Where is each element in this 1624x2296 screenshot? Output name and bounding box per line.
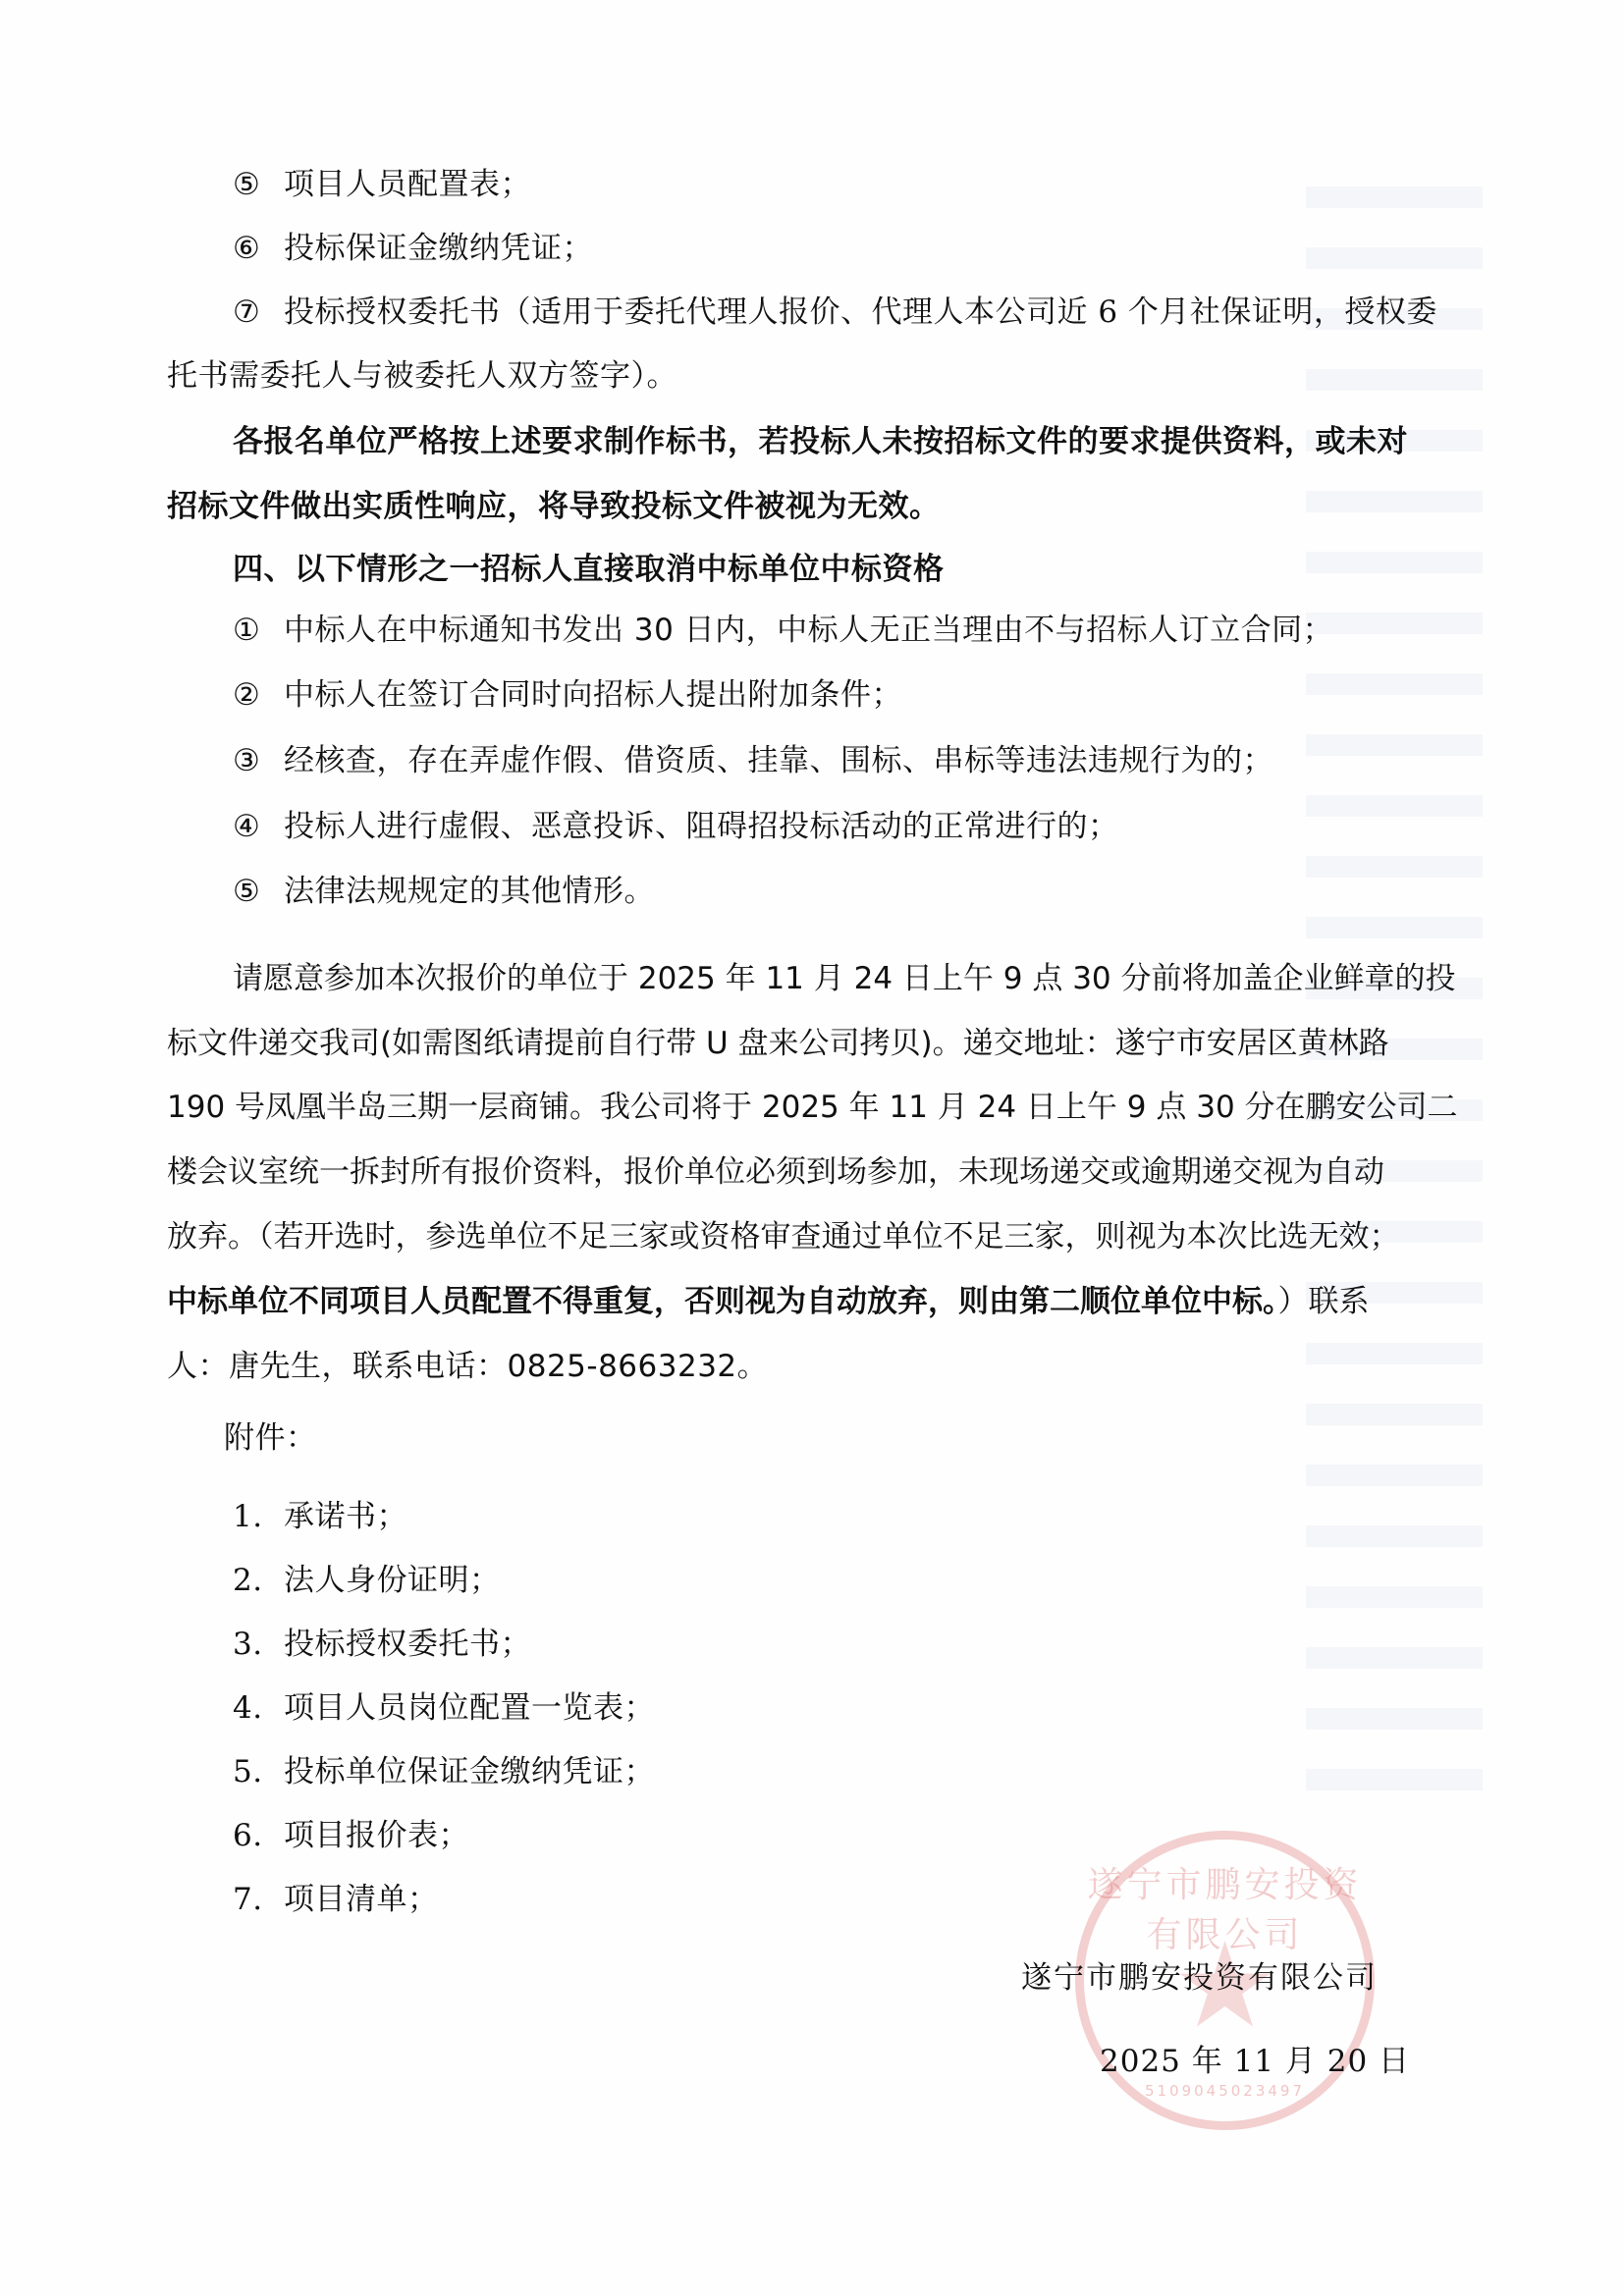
signature-date: 2025 年 11 月 20 日 (1100, 2042, 1410, 2081)
submission-line-1: 请愿意参加本次报价的单位于 2025 年 11 月 24 日上午 9 点 30 … (233, 959, 1456, 998)
seal-text: 遂宁市鹏安投资有限公司 (1084, 1857, 1366, 1957)
attachment-item-2: 2.法人身份证明； (233, 1561, 501, 1600)
submission-bold-clause: 中标单位不同项目人员配置不得重复，否则视为自动放弃，则由第二顺位单位中标。 (167, 1284, 1278, 1319)
requirement-item-7-continued: 托书需委托人与被委托人双方签字）。 (167, 356, 677, 396)
submission-line-4: 楼会议室统一拆封所有报价资料，报价单位必须到场参加，未现场递交或逾期递交视为自动 (167, 1152, 1384, 1192)
circled-number: ① (233, 611, 284, 650)
circled-number: ⑤ (233, 165, 284, 204)
attachment-item-5: 5.投标单位保证金缴纳凭证； (233, 1752, 655, 1791)
disqualify-item-2: ②中标人在签订合同时向招标人提出附加条件； (233, 675, 902, 715)
attachment-item-4: 4.项目人员岗位配置一览表； (233, 1688, 655, 1728)
signature-company: 遂宁市鹏安投资有限公司 (1021, 1958, 1378, 1998)
requirement-item-6: ⑥投标保证金缴纳凭证； (233, 229, 593, 268)
disqualify-item-3: ③经核查，存在弄虚作假、借资质、挂靠、围标、串标等违法违规行为的； (233, 741, 1273, 780)
disqualify-item-5: ⑤法律法规规定的其他情形。 (233, 872, 655, 911)
disqualify-item-4: ④投标人进行虚假、恶意投诉、阻碍招投标活动的正常进行的； (233, 807, 1119, 846)
submission-line-5: 放弃。（若开选时，参选单位不足三家或资格审查通过单位不足三家，则视为本次比选无效… (167, 1217, 1400, 1256)
requirement-item-7: ⑦投标授权委托书（适用于委托代理人报价、代理人本公司近 6 个月社保证明，授权委 (233, 293, 1437, 332)
circled-number: ② (233, 675, 284, 715)
attachment-item-3: 3.投标授权委托书； (233, 1625, 531, 1664)
notice-bold-line-1: 各报名单位严格按上述要求制作标书，若投标人未按招标文件的要求提供资料，或未对 (233, 422, 1408, 461)
seal-number: 5109045023497 (1084, 2082, 1366, 2100)
requirement-item-5: ⑤项目人员配置表； (233, 165, 531, 204)
circled-number: ④ (233, 807, 284, 846)
circled-number: ③ (233, 741, 284, 780)
circled-number: ⑦ (233, 293, 284, 332)
document-page: ⑤项目人员配置表； ⑥投标保证金缴纳凭证； ⑦投标授权委托书（适用于委托代理人报… (0, 0, 1624, 2296)
attachment-item-7: 7.项目清单； (233, 1880, 439, 1919)
attachments-label: 附件： (224, 1418, 317, 1458)
submission-line-3: 190 号凤凰半岛三期一层商铺。我公司将于 2025 年 11 月 24 日上午… (167, 1088, 1458, 1127)
section-4-heading: 四、以下情形之一招标人直接取消中标单位中标资格 (233, 550, 945, 589)
attachment-item-6: 6.项目报价表； (233, 1816, 469, 1855)
attachment-item-1: 1.承诺书； (233, 1497, 407, 1536)
notice-bold-line-2: 招标文件做出实质性响应，将导致投标文件被视为无效。 (167, 487, 941, 526)
disqualify-item-1: ①中标人在中标通知书发出 30 日内，中标人无正当理由不与招标人订立合同； (233, 611, 1333, 650)
circled-number: ⑥ (233, 229, 284, 268)
circled-number: ⑤ (233, 872, 284, 911)
contact-line: 人：唐先生，联系电话：0825-8663232。 (167, 1347, 768, 1386)
submission-line-6: 中标单位不同项目人员配置不得重复，否则视为自动放弃，则由第二顺位单位中标。）联系 (167, 1282, 1370, 1321)
submission-line-2: 标文件递交我司(如需图纸请提前自行带 U 盘来公司拷贝)。递交地址：遂宁市安居区… (167, 1024, 1389, 1063)
